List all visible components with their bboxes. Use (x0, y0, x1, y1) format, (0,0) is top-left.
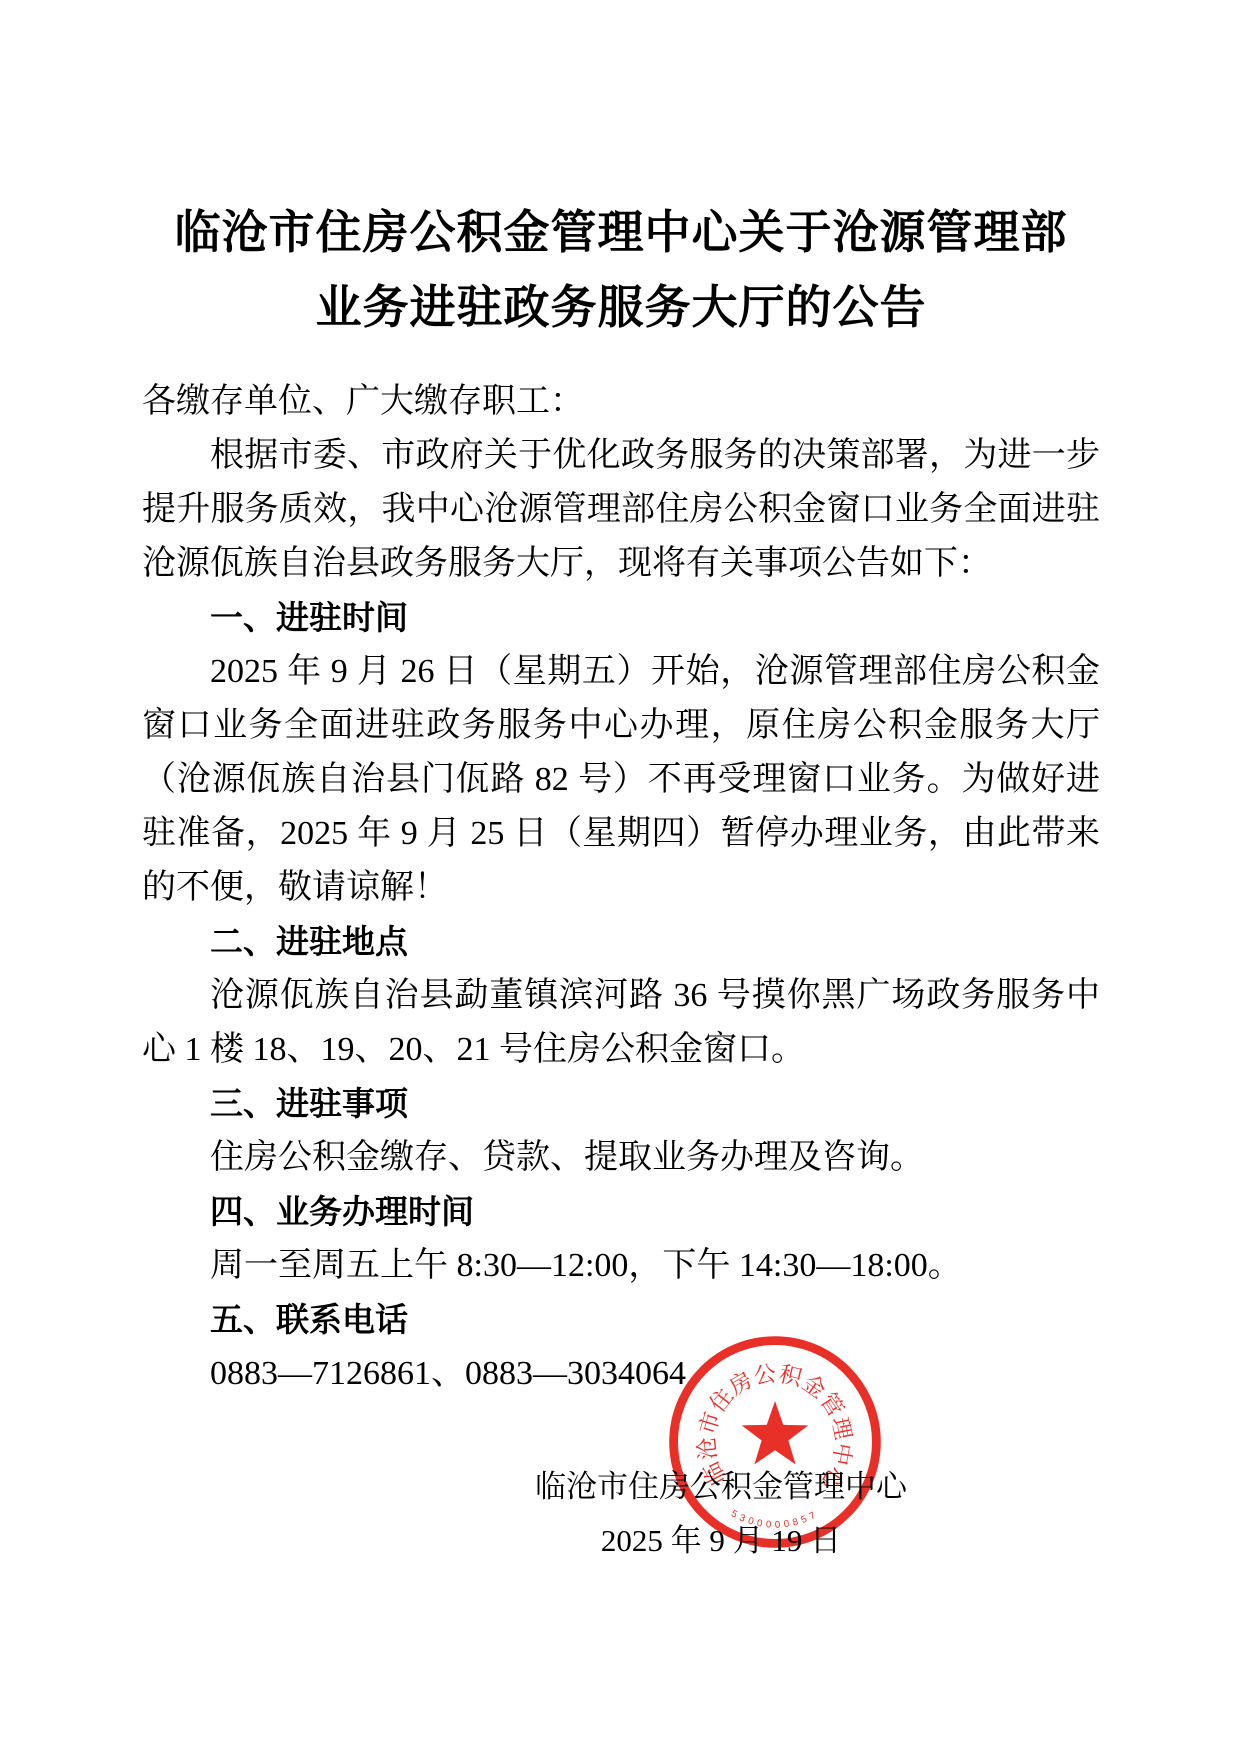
document-title: 临沧市住房公积金管理中心关于沧源管理部 业务进驻政务服务大厅的公告 (142, 195, 1100, 345)
intro-paragraph: 根据市委、市政府关于优化政务服务的决策部署，为进一步提升服务质效，我中心沧源管理… (142, 429, 1100, 591)
section-1-heading: 一、进驻时间 (142, 591, 1100, 645)
salutation: 各缴存单位、广大缴存职工： (142, 375, 1100, 429)
announcement-page: 临沧市住房公积金管理中心关于沧源管理部 业务进驻政务服务大厅的公告 各缴存单位、… (0, 0, 1240, 1754)
section-5-heading: 五、联系电话 (142, 1293, 1100, 1347)
section-3-heading: 三、进驻事项 (142, 1077, 1100, 1131)
signature-block: 临沧市住房公积金管理中心 2025 年 9 月 19 日 (431, 1460, 1011, 1568)
seal-star-icon (742, 1401, 809, 1464)
title-line-1: 临沧市住房公积金管理中心关于沧源管理部 (142, 195, 1100, 270)
section-2-heading: 二、进驻地点 (142, 915, 1100, 969)
section-5-body: 0883—7126861、0883—3034064 (142, 1347, 1100, 1401)
section-4-heading: 四、业务办理时间 (142, 1185, 1100, 1239)
section-2-body: 沧源佤族自治县勐董镇滨河路 36 号摸你黑广场政务服务中心 1 楼 18、19、… (142, 969, 1100, 1077)
signature-org: 临沧市住房公积金管理中心 (431, 1460, 1011, 1514)
section-4-body: 周一至周五上午 8:30—12:00，下午 14:30—18:00。 (142, 1239, 1100, 1293)
section-1-body: 2025 年 9 月 26 日（星期五）开始，沧源管理部住房公积金窗口业务全面进… (142, 645, 1100, 915)
section-3-body: 住房公积金缴存、贷款、提取业务办理及咨询。 (142, 1131, 1100, 1185)
title-line-2: 业务进驻政务服务大厅的公告 (142, 270, 1100, 345)
signature-date: 2025 年 9 月 19 日 (431, 1514, 1011, 1568)
